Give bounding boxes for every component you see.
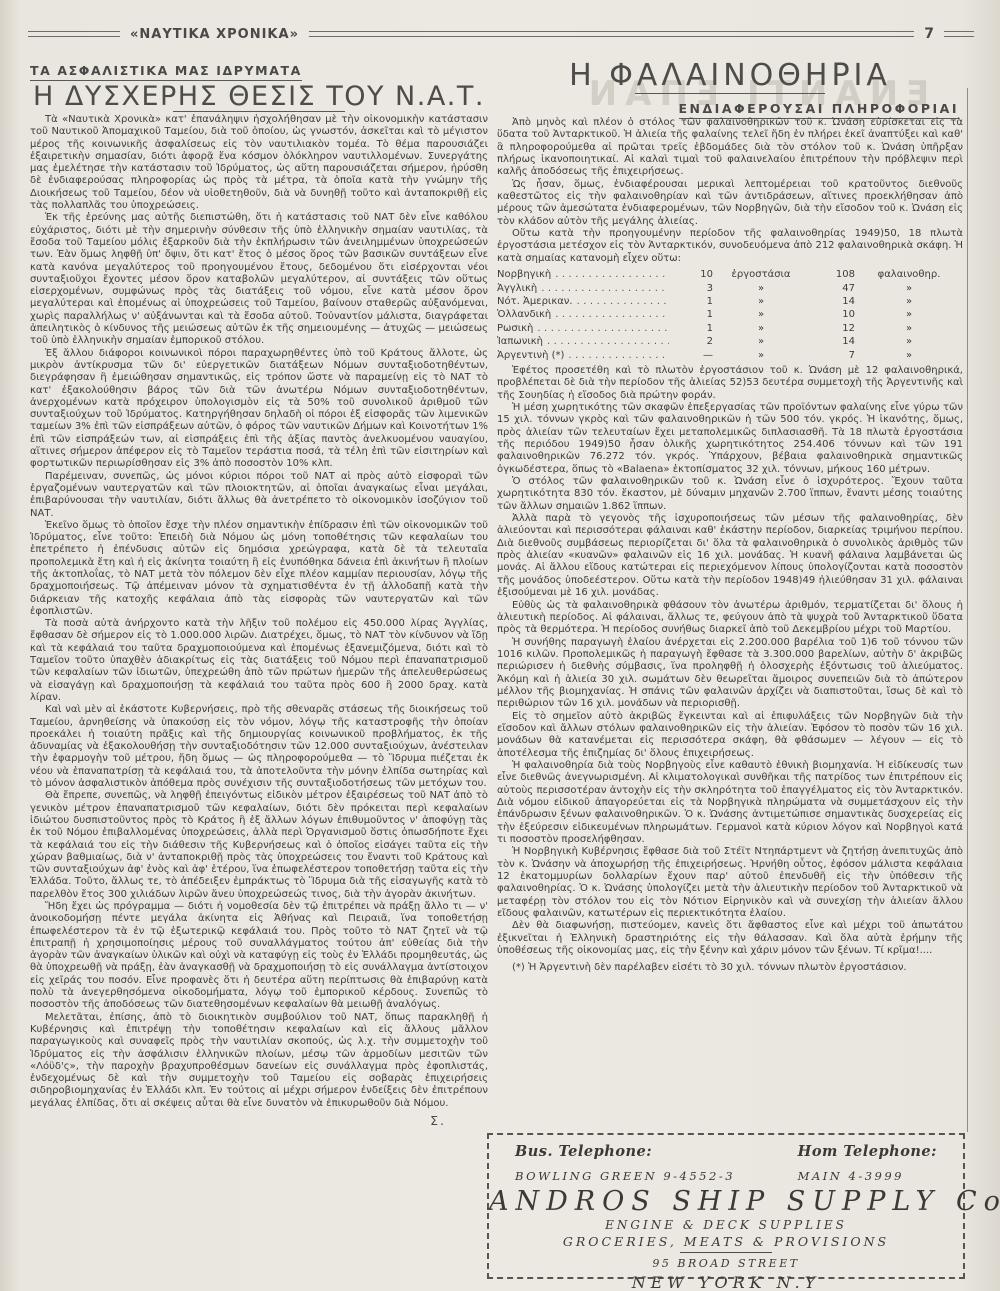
flag-name: Ὁλλανδικὴ	[497, 308, 551, 321]
paragraph: Ἡ Νορβηγικὴ Κυβέρνησις ἔφθασε διὰ τοῦ Στ…	[497, 846, 963, 920]
catchers-count: 47	[809, 282, 855, 295]
right-article-main-paragraphs: Ἐφέτος προσετέθη καὶ τὸ πλωτὸν ἐργοστάσι…	[497, 365, 963, 958]
ad-company-name: ANDROS SHIP SUPPLY Co	[489, 1186, 963, 1217]
paragraph: Ἤδη ἔχει ὡς πρόγραμμα — διότι ἡ νομοθεσί…	[30, 901, 488, 1012]
factories-unit: »	[713, 349, 809, 362]
factories-count: 10	[673, 268, 713, 281]
factories-unit: »	[713, 282, 809, 295]
catchers-count: 108	[809, 268, 855, 281]
left-article-title: Η ΔΥΣΧΕΡΗΣ ΘΕΣΙΣ ΤΟΥ Ν.Α.Τ.	[30, 81, 488, 112]
left-article-title-block: Η ΔΥΣΧΕΡΗΣ ΘΕΣΙΣ ΤΟΥ Ν.Α.Τ.	[30, 81, 488, 112]
ad-business-phone: Bus. Telephone: BOWLING GREEN 9-4552-3	[515, 1143, 735, 1183]
dot-leader: ........................................…	[568, 349, 669, 362]
whaling-table: Νορβηγικὴ...............................…	[497, 268, 963, 362]
right-article-subtitle-row: ΕΝΔΙΑΦΕΡΟΥΣΑΙ ΠΛΗΡΟΦΟΡΙΑΙ	[497, 98, 963, 119]
ad-supplies-line: ENGINE & DECK SUPPLIES	[489, 1218, 963, 1232]
masthead-title: «ΝΑΥΤΙΚΑ ΧΡΟΝΙΚΑ»	[130, 27, 299, 42]
right-article-intro-paragraphs: Ἀπὸ μηνὸς καὶ πλέον ὁ στόλος τῶν φαλαινο…	[497, 117, 963, 265]
paragraph: Ὡς ἦσαν, ὅμως, ἐνδιαφέρουσαι μερικαὶ λεπ…	[497, 179, 963, 228]
andros-ship-supply-ad: Bus. Telephone: BOWLING GREEN 9-4552-3 H…	[487, 1133, 965, 1279]
factories-count: 1	[673, 322, 713, 335]
ad-provisions-line: GROCERIES, MEATS & PROVISIONS	[489, 1234, 963, 1249]
dot-leader: ........................................…	[547, 335, 669, 348]
table-row: Νότ. Ἀμερικαν...........................…	[497, 295, 963, 308]
ad-street-address: 95 BROAD STREET	[489, 1257, 963, 1270]
flag-name: Ἰαπωνικὴ	[497, 335, 543, 348]
catchers-unit: φαλαινοθηρ.	[855, 268, 963, 281]
flag-name: Ρωσικὴ	[497, 322, 533, 335]
ad-phone-row: Bus. Telephone: BOWLING GREEN 9-4552-3 H…	[489, 1135, 963, 1183]
catchers-count: 7	[809, 349, 855, 362]
paragraph: Μελετᾶται, ἐπίσης, ἀπὸ τὸ διοικητικὸν συ…	[30, 1012, 488, 1110]
catchers-unit: »	[855, 349, 963, 362]
paragraph: Ἐκεῖνο ὅμως τὸ ὁποῖον ἔσχε τὴν πλέον σημ…	[30, 520, 488, 618]
catchers-count: 14	[809, 335, 855, 348]
page-header: «ΝΑΥΤΙΚΑ ΧΡΟΝΙΚΑ» 7	[28, 26, 974, 42]
paragraph: Ἐξ ἄλλου διάφοροι κοινωνικοὶ πόροι παραχ…	[30, 348, 488, 471]
ad-divider-rule	[680, 1252, 772, 1253]
flag-name: Νότ. Ἀμερικαν.	[497, 295, 573, 308]
left-article-paragraphs: Τὰ «Ναυτικὰ Χρονικὰ» κατ' ἐπανάληψιν ἠσχ…	[30, 114, 488, 1110]
ad-business-phone-label: Bus. Telephone:	[515, 1143, 735, 1160]
paragraph: Θὰ ἔπρεπε, συνεπῶς, νὰ ληφθῇ ἐπειγόντως …	[30, 790, 488, 901]
dot-leader: ........................................…	[555, 268, 669, 281]
flag-name: Νορβηγικὴ	[497, 268, 551, 281]
catchers-unit: »	[855, 322, 963, 335]
paragraph: Εἰς τὸ σημεῖον αὐτὸ ἀκριβῶς ἔγκεινται κα…	[497, 711, 963, 760]
paragraph: Ἐκ τῆς ἐρεύνης μας αὐτῆς διεπιστώθη, ὅτι…	[30, 212, 488, 347]
paragraph: Τὰ ποσὰ αὐτὰ ἀνήρχοντο κατὰ τὴν λῆξιν το…	[30, 618, 488, 704]
header-rule-mid	[309, 31, 914, 37]
flag-name: Ἀγγλικὴ	[497, 282, 537, 295]
factories-count: 2	[673, 335, 713, 348]
paragraph: Ἡ φαλαινοθηρία διὰ τοὺς Νορβηγοὺς εἶνε κ…	[497, 760, 963, 846]
ad-home-phone: Hom Telephone: MAIN 4-3999	[798, 1143, 937, 1183]
catchers-unit: »	[855, 282, 963, 295]
catchers-count: 10	[809, 308, 855, 321]
catchers-unit: »	[855, 308, 963, 321]
factories-unit: »	[713, 308, 809, 321]
factories-unit: »	[713, 322, 809, 335]
ad-home-phone-value: MAIN 4-3999	[798, 1169, 937, 1183]
header-rule-left	[28, 31, 120, 37]
right-article-body: Ἀπὸ μηνὸς καὶ πλέον ὁ στόλος τῶν φαλαινο…	[497, 117, 963, 1129]
paragraph: Οὕτω κατὰ τὴν προηγουμένην περίοδον τῆς …	[497, 228, 963, 265]
right-article-title: Η ΦΑΛΑΙΝΟΘΗΡΙΑ	[497, 58, 963, 93]
paragraph: Τὰ «Ναυτικὰ Χρονικὰ» κατ' ἐπανάληψιν ἠσχ…	[30, 114, 488, 212]
page-number: 7	[924, 26, 934, 42]
left-article-kicker: ΤΑ ΑΣΦΑΛΙΣΤΙΚΑ ΜΑΣ ΙΔΡΥΜΑΤΑ	[30, 63, 302, 81]
ad-business-phone-value: BOWLING GREEN 9-4552-3	[515, 1169, 735, 1183]
paragraph: Δὲν θὰ διαφωνήσῃ, πιστεύομεν, κανεὶς ὅτι…	[497, 920, 963, 957]
header-rule-right	[944, 31, 974, 37]
factories-unit: »	[713, 335, 809, 348]
paragraph: Ἀλλὰ παρὰ τὸ γεγονὸς τῆς ἰσχυροποιήσεως …	[497, 513, 963, 599]
right-article-title-block: Η ΦΑΛΑΙΝΟΘΗΡΙΑ ΕΝΔΙΑΦΕΡΟΥΣΑΙ ΠΛΗΡΟΦΟΡΙΑΙ	[497, 58, 963, 119]
dot-leader: ........................................…	[577, 295, 669, 308]
paragraph: Ἡ συνήθης παραγωγὴ ἐλαίου ἀνέρχεται εἰς …	[497, 637, 963, 711]
paragraph: Παρέμειναν, συνεπῶς, ὡς μόνοι κύριοι πόρ…	[30, 471, 488, 520]
ad-home-phone-label: Hom Telephone:	[798, 1143, 937, 1160]
dot-leader: ........................................…	[541, 282, 669, 295]
left-article-body: Τὰ «Ναυτικὰ Χρονικὰ» κατ' ἐπανάληψιν ἠσχ…	[30, 114, 488, 1284]
table-row: Ἀγγλικὴ.................................…	[497, 282, 963, 295]
right-title-underline	[635, 93, 825, 94]
factories-count: 1	[673, 308, 713, 321]
flag-name: Ἀργεντινὴ (*)	[497, 349, 564, 362]
dot-leader: ........................................…	[537, 322, 669, 335]
factories-count: —	[673, 349, 713, 362]
paragraph: Ὁ στόλος τῶν φαλαινοθηρικῶν τοῦ κ. Ὠνάση…	[497, 476, 963, 513]
table-row: Ἀργεντινὴ (*)...........................…	[497, 349, 963, 362]
factories-unit: ἐργοστάσια	[713, 268, 809, 281]
dot-leader: ........................................…	[555, 308, 669, 321]
paragraph: Ἡ μέση χωρητικότης τῶν σκαφῶν ἐπεξεργασί…	[497, 402, 963, 476]
paragraph: Ἀπὸ μηνὸς καὶ πλέον ὁ στόλος τῶν φαλαινο…	[497, 117, 963, 179]
footnote: (*) Ἡ Ἀργεντινὴ δὲν παρέλαβεν εἰσέτι τὸ …	[497, 962, 963, 974]
column-edge-rule	[967, 88, 968, 1132]
paragraph: Εὐθὺς ὡς τὰ φαλαινοθηρικὰ φθάσουν τὸν ἀν…	[497, 600, 963, 637]
paragraph: Καὶ ναὶ μὲν αἱ ἑκάστοτε Κυβερνήσεις, πρὸ…	[30, 704, 488, 790]
catchers-unit: »	[855, 335, 963, 348]
catchers-count: 14	[809, 295, 855, 308]
table-row: Ἰαπωνικὴ................................…	[497, 335, 963, 348]
catchers-unit: »	[855, 295, 963, 308]
table-row: Ρωσικὴ..................................…	[497, 322, 963, 335]
paragraph: Ἐφέτος προσετέθη καὶ τὸ πλωτὸν ἐργοστάσι…	[497, 365, 963, 402]
article-signature: Σ.	[30, 1115, 488, 1127]
table-row: Νορβηγικὴ...............................…	[497, 268, 963, 281]
catchers-count: 12	[809, 322, 855, 335]
factories-count: 1	[673, 295, 713, 308]
ad-city: NEW YORK N.Y	[489, 1273, 963, 1291]
factories-count: 3	[673, 282, 713, 295]
factories-unit: »	[713, 295, 809, 308]
table-row: Ὁλλανδικὴ...............................…	[497, 308, 963, 321]
